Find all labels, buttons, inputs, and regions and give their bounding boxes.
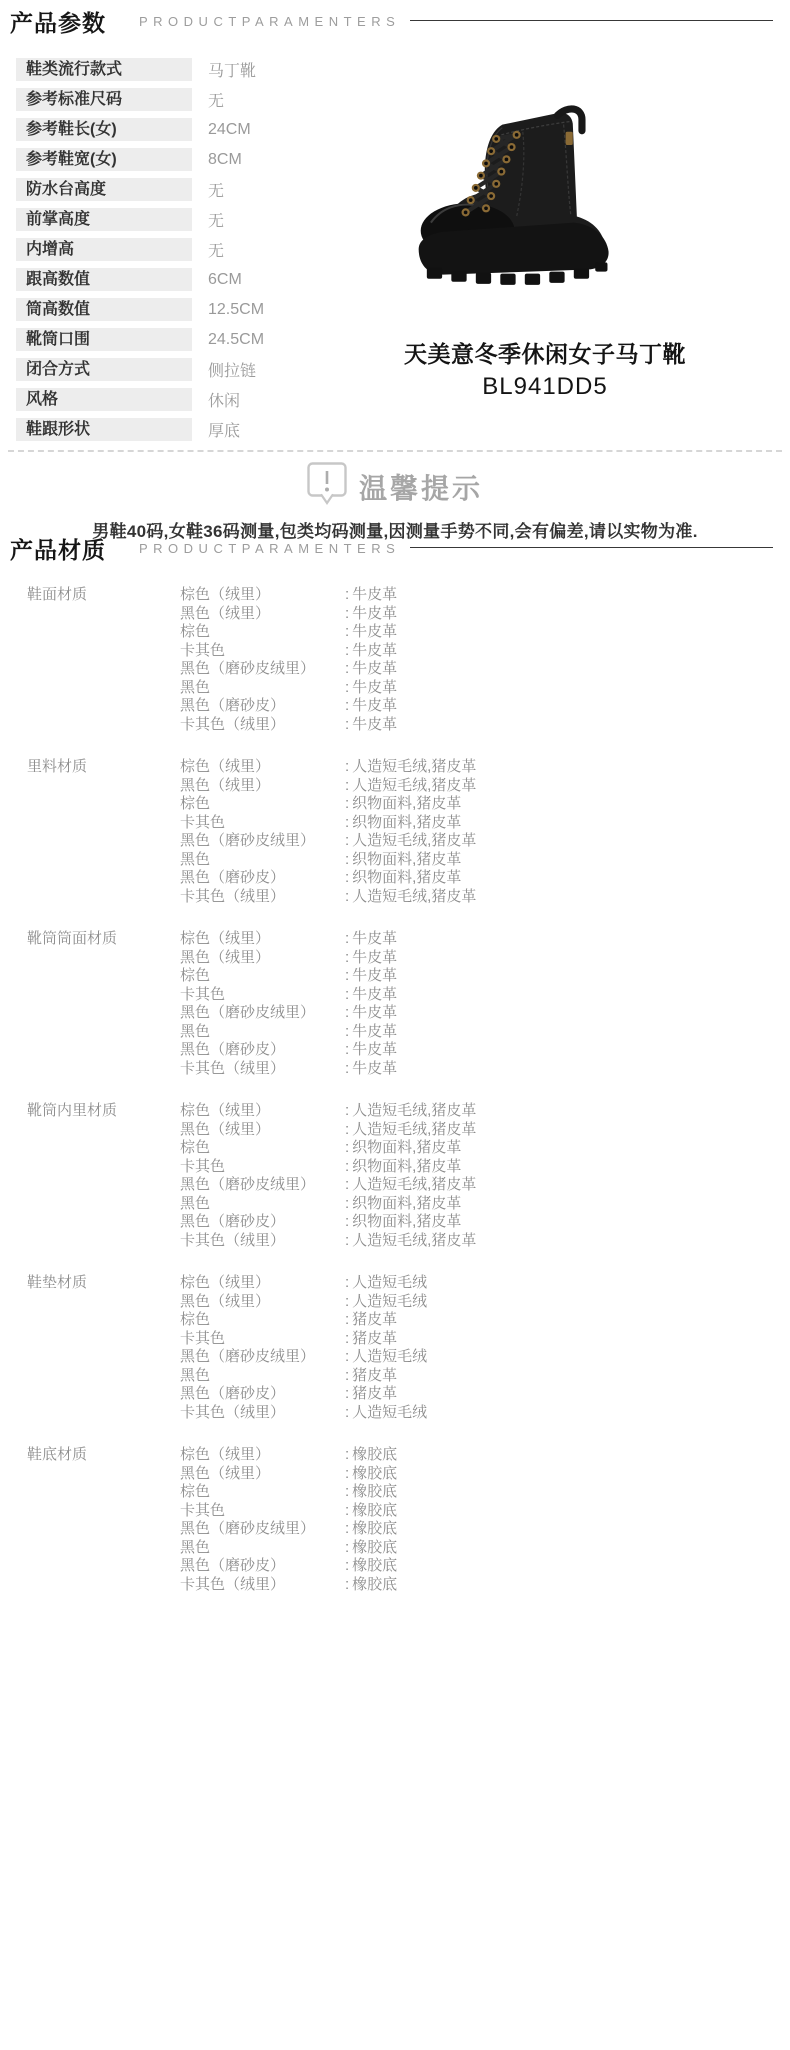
material-color: 黑色（磨砂皮） (180, 1213, 345, 1232)
material-value: 人造短毛绒 (345, 1404, 427, 1423)
material-group: 鞋面材质 棕色（绒里） 牛皮革 黑色（绒里） 牛皮革 (0, 586, 790, 734)
warm-tip-title: 温馨提示 (359, 467, 483, 507)
material-row: 黑色（磨砂皮） 牛皮革 (180, 697, 790, 716)
spec-label: 筒高数值 (16, 298, 192, 321)
material-color: 黑色 (180, 679, 345, 698)
material-value: 牛皮革 (345, 623, 397, 642)
material-color: 棕色 (180, 1311, 345, 1330)
material-category: 鞋面材质 (0, 586, 180, 734)
material-value: 牛皮革 (345, 679, 397, 698)
spec-row: 参考标准尺码 无 (16, 88, 264, 111)
material-value: 织物面料,猪皮革 (345, 1139, 461, 1158)
material-color: 黑色（磨砂皮绒里） (180, 1004, 345, 1023)
material-row: 黑色 橡胶底 (180, 1539, 790, 1558)
material-color: 黑色 (180, 851, 345, 870)
material-value: 织物面料,猪皮革 (345, 1213, 461, 1232)
spec-label: 前掌高度 (16, 208, 192, 231)
spec-value: 休闲 (208, 388, 240, 411)
material-color: 黑色（磨砂皮） (180, 697, 345, 716)
material-color: 黑色（绒里） (180, 1293, 345, 1312)
material-color: 黑色（绒里） (180, 1121, 345, 1140)
material-value: 人造短毛绒,猪皮革 (345, 777, 476, 796)
material-value: 牛皮革 (345, 949, 397, 968)
spec-label: 参考鞋宽(女) (16, 148, 192, 171)
material-color: 黑色（磨砂皮） (180, 1385, 345, 1404)
material-row: 黑色（绒里） 人造短毛绒 (180, 1293, 790, 1312)
material-row: 黑色（磨砂皮绒里） 人造短毛绒 (180, 1348, 790, 1367)
material-row: 卡其色（绒里） 牛皮革 (180, 1060, 790, 1079)
material-category: 里料材质 (0, 758, 180, 906)
spec-label: 跟高数值 (16, 268, 192, 291)
material-value: 牛皮革 (345, 986, 397, 1005)
material-group: 鞋垫材质 棕色（绒里） 人造短毛绒 黑色（绒里） 人造短毛绒 (0, 1274, 790, 1422)
spec-row: 风格 休闲 (16, 388, 264, 411)
material-value: 橡胶底 (345, 1465, 397, 1484)
material-category: 靴筒筒面材质 (0, 930, 180, 1078)
material-value: 牛皮革 (345, 1004, 397, 1023)
spec-value: 马丁靴 (208, 58, 256, 81)
material-row: 棕色（绒里） 人造短毛绒,猪皮革 (180, 758, 790, 777)
material-color: 黑色 (180, 1023, 345, 1042)
material-color: 卡其色 (180, 814, 345, 833)
header-rule (410, 20, 773, 21)
material-value: 橡胶底 (345, 1520, 397, 1539)
section-subtitle: PRODUCTPARAMENTERS (139, 541, 400, 556)
material-group: 里料材质 棕色（绒里） 人造短毛绒,猪皮革 黑色（绒里） 人造短毛绒,猪皮革 (0, 758, 790, 906)
spec-label: 鞋跟形状 (16, 418, 192, 441)
material-value: 人造短毛绒 (345, 1274, 427, 1293)
material-color: 卡其色（绒里） (180, 888, 345, 907)
material-color: 卡其色（绒里） (180, 1232, 345, 1251)
material-row: 棕色（绒里） 人造短毛绒,猪皮革 (180, 1102, 790, 1121)
spec-row: 参考鞋宽(女) 8CM (16, 148, 264, 171)
material-row: 卡其色 织物面料,猪皮革 (180, 814, 790, 833)
material-value: 牛皮革 (345, 605, 397, 624)
material-color: 卡其色 (180, 1502, 345, 1521)
material-value: 织物面料,猪皮革 (345, 795, 461, 814)
material-value: 牛皮革 (345, 697, 397, 716)
material-color: 黑色（磨砂皮绒里） (180, 1348, 345, 1367)
material-color: 黑色（磨砂皮绒里） (180, 1176, 345, 1195)
spec-value: 6CM (208, 271, 242, 289)
material-row: 卡其色（绒里） 人造短毛绒,猪皮革 (180, 1232, 790, 1251)
material-value: 牛皮革 (345, 967, 397, 986)
material-value: 牛皮革 (345, 1023, 397, 1042)
material-row: 黑色 牛皮革 (180, 679, 790, 698)
material-row: 棕色 织物面料,猪皮革 (180, 1139, 790, 1158)
spec-label: 参考鞋长(女) (16, 118, 192, 141)
material-color: 黑色（磨砂皮绒里） (180, 832, 345, 851)
material-category: 鞋底材质 (0, 1446, 180, 1594)
product-detail-page: 产品参数 PRODUCTPARAMENTERS 鞋类流行款式 马丁靴 参考标准尺… (0, 0, 790, 2050)
material-row: 棕色 牛皮革 (180, 967, 790, 986)
warm-tip-header: 温馨提示 (8, 462, 782, 511)
material-row: 棕色（绒里） 牛皮革 (180, 930, 790, 949)
material-color: 黑色 (180, 1195, 345, 1214)
material-row: 卡其色（绒里） 牛皮革 (180, 716, 790, 735)
material-value: 橡胶底 (345, 1539, 397, 1558)
material-row: 棕色（绒里） 牛皮革 (180, 586, 790, 605)
material-row: 黑色（绒里） 人造短毛绒,猪皮革 (180, 1121, 790, 1140)
material-color: 棕色 (180, 1139, 345, 1158)
material-row: 卡其色 猪皮革 (180, 1330, 790, 1349)
material-row: 黑色 牛皮革 (180, 1023, 790, 1042)
material-row: 黑色（绒里） 牛皮革 (180, 605, 790, 624)
material-value: 牛皮革 (345, 660, 397, 679)
spec-value: 无 (208, 178, 224, 201)
material-value: 牛皮革 (345, 642, 397, 661)
material-color: 黑色（绒里） (180, 605, 345, 624)
spec-value: 8CM (208, 151, 242, 169)
material-color: 棕色 (180, 967, 345, 986)
material-value: 橡胶底 (345, 1557, 397, 1576)
material-row: 黑色 织物面料,猪皮革 (180, 1195, 790, 1214)
material-row: 黑色 猪皮革 (180, 1367, 790, 1386)
spec-row: 参考鞋长(女) 24CM (16, 118, 264, 141)
spec-value: 侧拉链 (208, 358, 256, 381)
spec-row: 防水台高度 无 (16, 178, 264, 201)
material-group: 鞋底材质 棕色（绒里） 橡胶底 黑色（绒里） 橡胶底 (0, 1446, 790, 1594)
spec-label: 内增高 (16, 238, 192, 261)
material-row: 棕色 牛皮革 (180, 623, 790, 642)
material-value: 人造短毛绒,猪皮革 (345, 888, 476, 907)
section-header-parameters: 产品参数 PRODUCTPARAMENTERS (10, 4, 775, 38)
material-value: 猪皮革 (345, 1385, 397, 1404)
spec-label: 鞋类流行款式 (16, 58, 192, 81)
material-color: 棕色（绒里） (180, 758, 345, 777)
material-color: 棕色 (180, 795, 345, 814)
spec-value: 无 (208, 88, 224, 111)
material-color: 黑色（磨砂皮绒里） (180, 660, 345, 679)
material-color: 卡其色（绒里） (180, 1060, 345, 1079)
product-name: 天美意冬季休闲女子马丁靴 (300, 336, 790, 369)
material-color: 卡其色 (180, 1158, 345, 1177)
material-value: 人造短毛绒 (345, 1348, 427, 1367)
material-value: 橡胶底 (345, 1483, 397, 1502)
section-header-materials: 产品材质 PRODUCTPARAMENTERS (10, 531, 775, 565)
spec-row: 内增高 无 (16, 238, 264, 261)
spec-row: 鞋类流行款式 马丁靴 (16, 58, 264, 81)
material-color: 棕色 (180, 1483, 345, 1502)
material-color: 棕色（绒里） (180, 1274, 345, 1293)
section-title: 产品参数 (10, 5, 106, 38)
material-row: 棕色 织物面料,猪皮革 (180, 795, 790, 814)
material-row: 黑色（磨砂皮绒里） 人造短毛绒,猪皮革 (180, 1176, 790, 1195)
material-row: 卡其色 橡胶底 (180, 1502, 790, 1521)
product-model-code: BL941DD5 (300, 373, 790, 401)
material-value: 人造短毛绒,猪皮革 (345, 832, 476, 851)
spec-row: 闭合方式 侧拉链 (16, 358, 264, 381)
spec-value: 无 (208, 208, 224, 231)
material-row: 棕色（绒里） 橡胶底 (180, 1446, 790, 1465)
material-color: 黑色（磨砂皮） (180, 1041, 345, 1060)
material-row: 卡其色 牛皮革 (180, 986, 790, 1005)
brass-zip-detail (566, 132, 573, 145)
material-row: 黑色（绒里） 橡胶底 (180, 1465, 790, 1484)
material-value: 织物面料,猪皮革 (345, 1195, 461, 1214)
spec-label: 参考标准尺码 (16, 88, 192, 111)
material-color: 黑色（磨砂皮绒里） (180, 1520, 345, 1539)
section-subtitle: PRODUCTPARAMENTERS (139, 14, 400, 29)
spec-label: 防水台高度 (16, 178, 192, 201)
material-value: 猪皮革 (345, 1330, 397, 1349)
material-row: 黑色（磨砂皮） 猪皮革 (180, 1385, 790, 1404)
spec-value: 24CM (208, 121, 251, 139)
material-color: 卡其色 (180, 1330, 345, 1349)
material-color: 卡其色（绒里） (180, 716, 345, 735)
material-value: 人造短毛绒,猪皮革 (345, 1102, 476, 1121)
material-color: 黑色（绒里） (180, 949, 345, 968)
material-color: 黑色 (180, 1367, 345, 1386)
spec-label: 闭合方式 (16, 358, 192, 381)
material-color: 卡其色 (180, 642, 345, 661)
spec-row: 靴筒口围 24.5CM (16, 328, 264, 351)
material-value: 牛皮革 (345, 1041, 397, 1060)
material-color: 棕色（绒里） (180, 1102, 345, 1121)
material-value: 橡胶底 (345, 1576, 397, 1595)
material-row: 卡其色（绒里） 橡胶底 (180, 1576, 790, 1595)
material-value: 织物面料,猪皮革 (345, 869, 461, 888)
material-color: 棕色（绒里） (180, 586, 345, 605)
material-row: 卡其色（绒里） 人造短毛绒,猪皮革 (180, 888, 790, 907)
material-color: 棕色 (180, 623, 345, 642)
section-title: 产品材质 (10, 532, 106, 565)
material-row: 棕色 猪皮革 (180, 1311, 790, 1330)
spec-value: 24.5CM (208, 331, 264, 349)
material-row: 卡其色 牛皮革 (180, 642, 790, 661)
material-group: 靴筒内里材质 棕色（绒里） 人造短毛绒,猪皮革 黑色（绒里） 人造短毛绒,猪皮革 (0, 1102, 790, 1250)
material-value: 猪皮革 (345, 1311, 397, 1330)
material-color: 黑色（绒里） (180, 1465, 345, 1484)
material-row: 黑色 织物面料,猪皮革 (180, 851, 790, 870)
material-row: 黑色（绒里） 牛皮革 (180, 949, 790, 968)
material-color: 棕色（绒里） (180, 930, 345, 949)
material-row: 卡其色（绒里） 人造短毛绒 (180, 1404, 790, 1423)
spec-value: 厚底 (208, 418, 240, 441)
spec-value: 无 (208, 238, 224, 261)
material-color: 棕色（绒里） (180, 1446, 345, 1465)
material-value: 人造短毛绒,猪皮革 (345, 1232, 476, 1251)
materials-table: 鞋面材质 棕色（绒里） 牛皮革 黑色（绒里） 牛皮革 (0, 586, 790, 1618)
spec-table: 鞋类流行款式 马丁靴 参考标准尺码 无 参考鞋长(女) 24CM 参考鞋宽(女)… (16, 58, 264, 448)
product-image-boot (402, 94, 617, 292)
material-color: 卡其色（绒里） (180, 1404, 345, 1423)
material-value: 人造短毛绒,猪皮革 (345, 1121, 476, 1140)
material-value: 猪皮革 (345, 1367, 397, 1386)
material-value: 牛皮革 (345, 586, 397, 605)
material-row: 黑色（磨砂皮） 织物面料,猪皮革 (180, 1213, 790, 1232)
material-value: 人造短毛绒,猪皮革 (345, 758, 476, 777)
material-value: 牛皮革 (345, 930, 397, 949)
spec-label: 靴筒口围 (16, 328, 192, 351)
material-value: 织物面料,猪皮革 (345, 851, 461, 870)
material-color: 卡其色（绒里） (180, 1576, 345, 1595)
material-row: 黑色（磨砂皮绒里） 牛皮革 (180, 1004, 790, 1023)
spec-row: 跟高数值 6CM (16, 268, 264, 291)
header-rule (410, 547, 773, 548)
material-group: 靴筒筒面材质 棕色（绒里） 牛皮革 黑色（绒里） 牛皮革 (0, 930, 790, 1078)
spec-row: 鞋跟形状 厚底 (16, 418, 264, 441)
material-row: 黑色（磨砂皮） 牛皮革 (180, 1041, 790, 1060)
material-row: 黑色（磨砂皮绒里） 人造短毛绒,猪皮革 (180, 832, 790, 851)
material-value: 人造短毛绒 (345, 1293, 427, 1312)
spec-label: 风格 (16, 388, 192, 411)
material-value: 织物面料,猪皮革 (345, 814, 461, 833)
black-boot-illustration (402, 94, 617, 292)
material-row: 卡其色 织物面料,猪皮革 (180, 1158, 790, 1177)
material-row: 黑色（磨砂皮绒里） 橡胶底 (180, 1520, 790, 1539)
material-color: 卡其色 (180, 986, 345, 1005)
material-row: 黑色（磨砂皮） 织物面料,猪皮革 (180, 869, 790, 888)
spec-row: 前掌高度 无 (16, 208, 264, 231)
warm-tip-section: 温馨提示 男鞋40码,女鞋36码测量,包类均码测量,因测量手势不同,会有偏差,请… (8, 450, 782, 542)
material-row: 棕色（绒里） 人造短毛绒 (180, 1274, 790, 1293)
material-category: 靴筒内里材质 (0, 1102, 180, 1250)
material-color: 黑色（磨砂皮） (180, 1557, 345, 1576)
material-value: 牛皮革 (345, 716, 397, 735)
material-category: 鞋垫材质 (0, 1274, 180, 1422)
material-value: 橡胶底 (345, 1446, 397, 1465)
material-row: 黑色（磨砂皮） 橡胶底 (180, 1557, 790, 1576)
material-row: 棕色 橡胶底 (180, 1483, 790, 1502)
material-color: 黑色 (180, 1539, 345, 1558)
material-color: 黑色（绒里） (180, 777, 345, 796)
material-value: 牛皮革 (345, 1060, 397, 1079)
material-value: 人造短毛绒,猪皮革 (345, 1176, 476, 1195)
material-color: 黑色（磨砂皮） (180, 869, 345, 888)
material-row: 黑色（磨砂皮绒里） 牛皮革 (180, 660, 790, 679)
spec-value: 12.5CM (208, 301, 264, 319)
material-row: 黑色（绒里） 人造短毛绒,猪皮革 (180, 777, 790, 796)
exclamation-bubble-icon (307, 462, 347, 511)
material-value: 织物面料,猪皮革 (345, 1158, 461, 1177)
material-value: 橡胶底 (345, 1502, 397, 1521)
spec-row: 筒高数值 12.5CM (16, 298, 264, 321)
